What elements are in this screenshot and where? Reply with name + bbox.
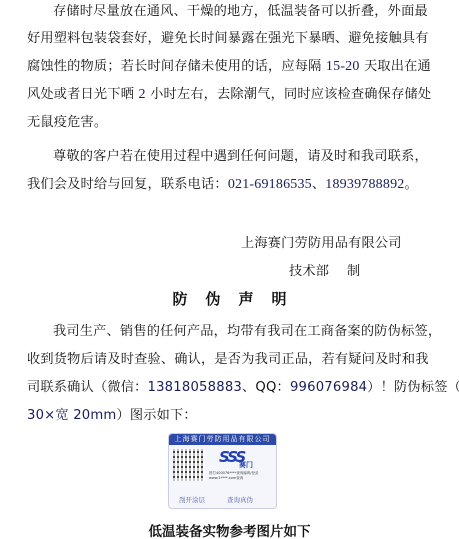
company-name: 上海赛门劳防用品有限公司 xyxy=(241,232,402,251)
text-line: 30×宽 20mm）图示如下： xyxy=(27,404,197,423)
day-interval: 15-20 xyxy=(326,59,360,74)
text-segment: 腐蚀性的物质；若长时间存储未使用的话，应每隔 xyxy=(27,59,326,74)
phone-number: 021-69186535 xyxy=(228,177,312,192)
label-fine-print: 拨打400076****查询编码/登录www.1****.com查询 xyxy=(209,471,273,481)
separator: 、 xyxy=(312,177,325,192)
text-segment: 。 xyxy=(404,177,417,192)
text-segment: 小时左右，去除潮气，同时应该检查确保存储处 xyxy=(146,87,432,102)
wechat-id: 13818058883 xyxy=(148,380,243,395)
scratch-text: 刮开涂层 xyxy=(179,495,205,504)
text-line: 风处或者日光下晒 2 小时左右，去除潮气，同时应该检查确保存储处 xyxy=(27,83,431,103)
text-segment: 、QQ： xyxy=(242,380,290,395)
department: 技术部 制 xyxy=(289,260,360,279)
text-segment: 风处或者日光下晒 xyxy=(27,87,139,102)
text-segment: 司联系确认（微信： xyxy=(27,380,148,395)
text-line: 好用塑料包装袋套好，避免长时间暴露在强光下暴晒、避免接触具有 xyxy=(27,27,429,46)
text-segment: 我们会及时给与回复，联系电话： xyxy=(27,177,228,192)
text-line: 腐蚀性的物质；若长时间存储未使用的话，应每隔 15-20 天取出在通 xyxy=(27,55,431,75)
brand-logo-text: 赛门 xyxy=(239,460,253,470)
text-segment: ）！防伪标签（长 xyxy=(367,380,459,395)
verify-text: 查询真伪 xyxy=(227,495,253,504)
hours-value: 2 xyxy=(139,87,146,102)
text-line: 无鼠疫危害。 xyxy=(27,111,107,130)
text-line: 我们会及时给与回复，联系电话：021-69186535、18939788892。 xyxy=(27,173,418,193)
label-size: 30×宽 20mm xyxy=(27,408,116,423)
text-line: 司联系确认（微信：13818058883、QQ：996076984）！防伪标签（… xyxy=(27,376,459,395)
section-title: 防伪声明 xyxy=(0,288,459,309)
text-line: 存储时尽量放在通风、干燥的地方，低温装备可以折叠，外面最 xyxy=(53,0,428,19)
text-line: 收到货物后请及时查验、确认，是否为我司正品，若有疑问及时和我 xyxy=(27,348,429,367)
image-caption: 低温装备实物参考图片如下 xyxy=(0,520,459,539)
qq-number: 996076984 xyxy=(290,380,367,395)
anti-counterfeit-label-image: 上海赛门劳防用品有限公司 SSS 赛门 拨打400076****查询编码/登录w… xyxy=(168,433,277,509)
qr-code-icon xyxy=(173,449,205,481)
text-segment: ）图示如下： xyxy=(116,408,196,423)
text-line: 我司生产、销售的任何产品，均带有我司在工商备案的防伪标签， xyxy=(53,320,441,339)
text-line: 尊敬的客户若在使用过程中遇到任何问题，请及时和我司联系， xyxy=(53,145,428,164)
phone-number: 18939788892 xyxy=(325,177,404,192)
text-segment: 天取出在通 xyxy=(360,59,431,74)
label-header: 上海赛门劳防用品有限公司 xyxy=(169,434,276,445)
